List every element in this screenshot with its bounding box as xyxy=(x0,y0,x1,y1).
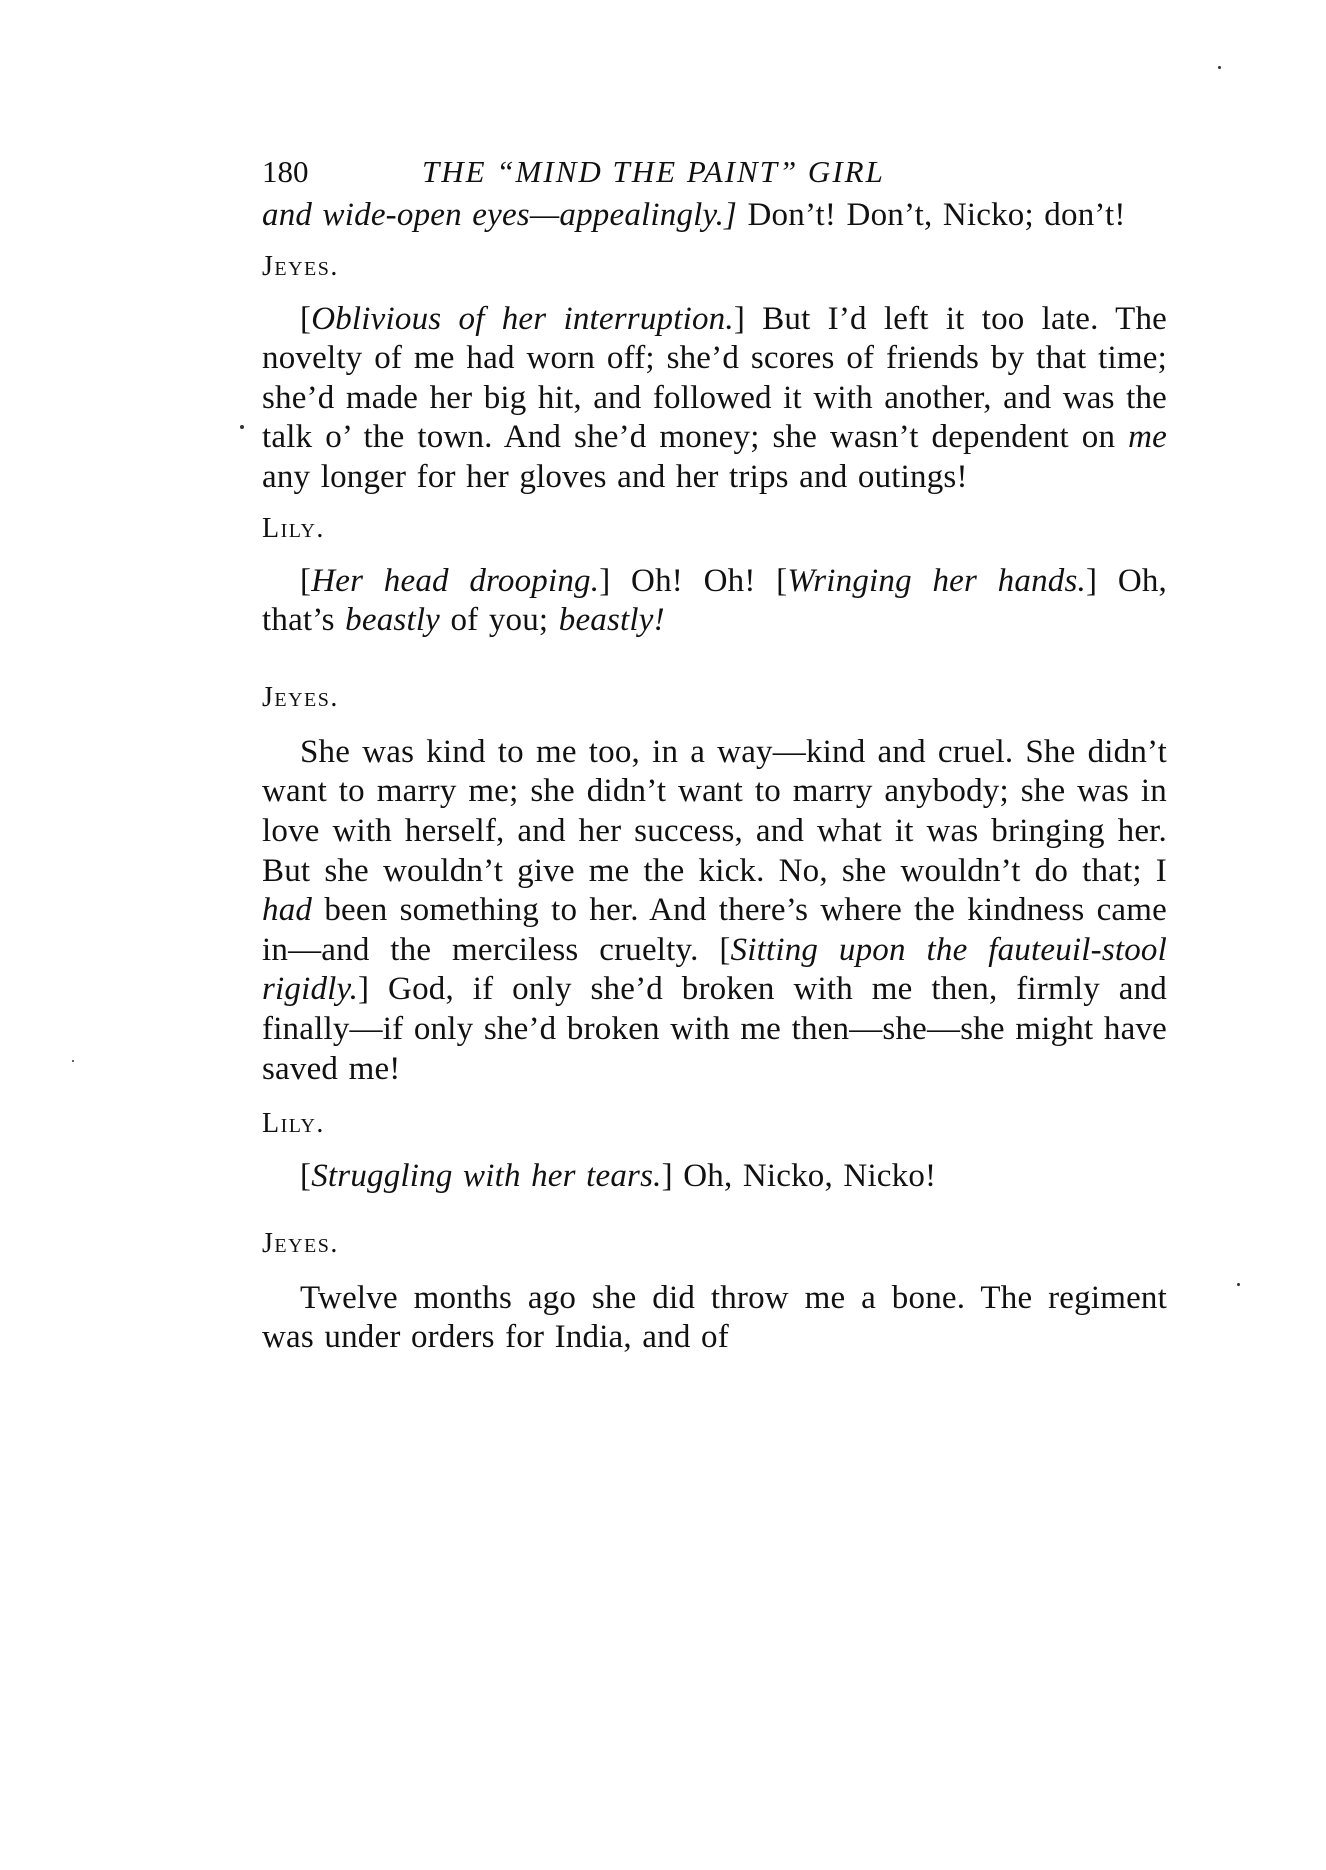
emphasis: beastly! xyxy=(559,602,665,638)
dialogue-text: ] God, if only she’d broken with me then… xyxy=(262,971,1167,1086)
book-page: 180 THE “MIND THE PAINT” GIRL and wide-o… xyxy=(262,150,1167,1358)
speaker-name: Jeyes. xyxy=(262,681,1167,715)
dialogue-text: [ xyxy=(300,301,311,337)
scan-speck xyxy=(1237,1283,1240,1286)
speech-paragraph: She was kind to me too, in a way—kind an… xyxy=(262,733,1167,1089)
running-head: 180 THE “MIND THE PAINT” GIRL xyxy=(262,150,1167,194)
page-number: 180 xyxy=(262,150,309,194)
running-title: THE “MIND THE PAINT” GIRL xyxy=(422,150,885,194)
dialogue-text: ] Oh, Nicko, Nicko! xyxy=(662,1158,937,1194)
stage-direction: Wringing her hands. xyxy=(787,563,1086,599)
dialogue-text: [ xyxy=(300,563,311,599)
stage-direction: Oblivious of her interruption. xyxy=(311,301,734,337)
speech-paragraph: Twelve months ago she did throw me a bon… xyxy=(262,1279,1167,1358)
dialogue-text: Don’t! Don’t, Nicko; don’t! xyxy=(737,197,1126,233)
speech-paragraph: [Struggling with her tears.] Oh, Nicko, … xyxy=(262,1157,1167,1197)
dialogue-text: any longer for her gloves and her trips … xyxy=(262,459,968,495)
speech-paragraph: [Oblivious of her interruption.] But I’d… xyxy=(262,300,1167,498)
emphasis: me xyxy=(1128,419,1167,455)
scan-speck xyxy=(240,425,244,429)
scan-speck xyxy=(72,1060,74,1062)
speaker-name: Lily. xyxy=(262,1107,1167,1141)
stage-direction: Struggling with her tears. xyxy=(311,1158,661,1194)
stage-direction: Her head drooping. xyxy=(311,563,599,599)
dialogue-text: of you; xyxy=(440,602,559,638)
dialogue-text: [ xyxy=(300,1158,311,1194)
text-block: and wide-open eyes—appealingly.] Don’t! … xyxy=(262,196,1167,1358)
speaker-name: Jeyes. xyxy=(262,1227,1167,1261)
dialogue-text: ] Oh! Oh! [ xyxy=(599,563,787,599)
dialogue-text: She was kind to me too, in a way—kind an… xyxy=(262,734,1167,889)
speaker-name: Lily. xyxy=(262,512,1167,546)
scan-speck xyxy=(1218,66,1221,69)
stage-direction: and wide-open eyes—appealingly.] xyxy=(262,197,737,233)
emphasis: beastly xyxy=(345,602,440,638)
emphasis: had xyxy=(262,892,312,928)
speech-paragraph: [Her head drooping.] Oh! Oh! [Wringing h… xyxy=(262,562,1167,641)
speaker-name: Jeyes. xyxy=(262,250,1167,284)
continuation-paragraph: and wide-open eyes—appealingly.] Don’t! … xyxy=(262,196,1167,236)
dialogue-text: Twelve months ago she did throw me a bon… xyxy=(262,1280,1167,1356)
